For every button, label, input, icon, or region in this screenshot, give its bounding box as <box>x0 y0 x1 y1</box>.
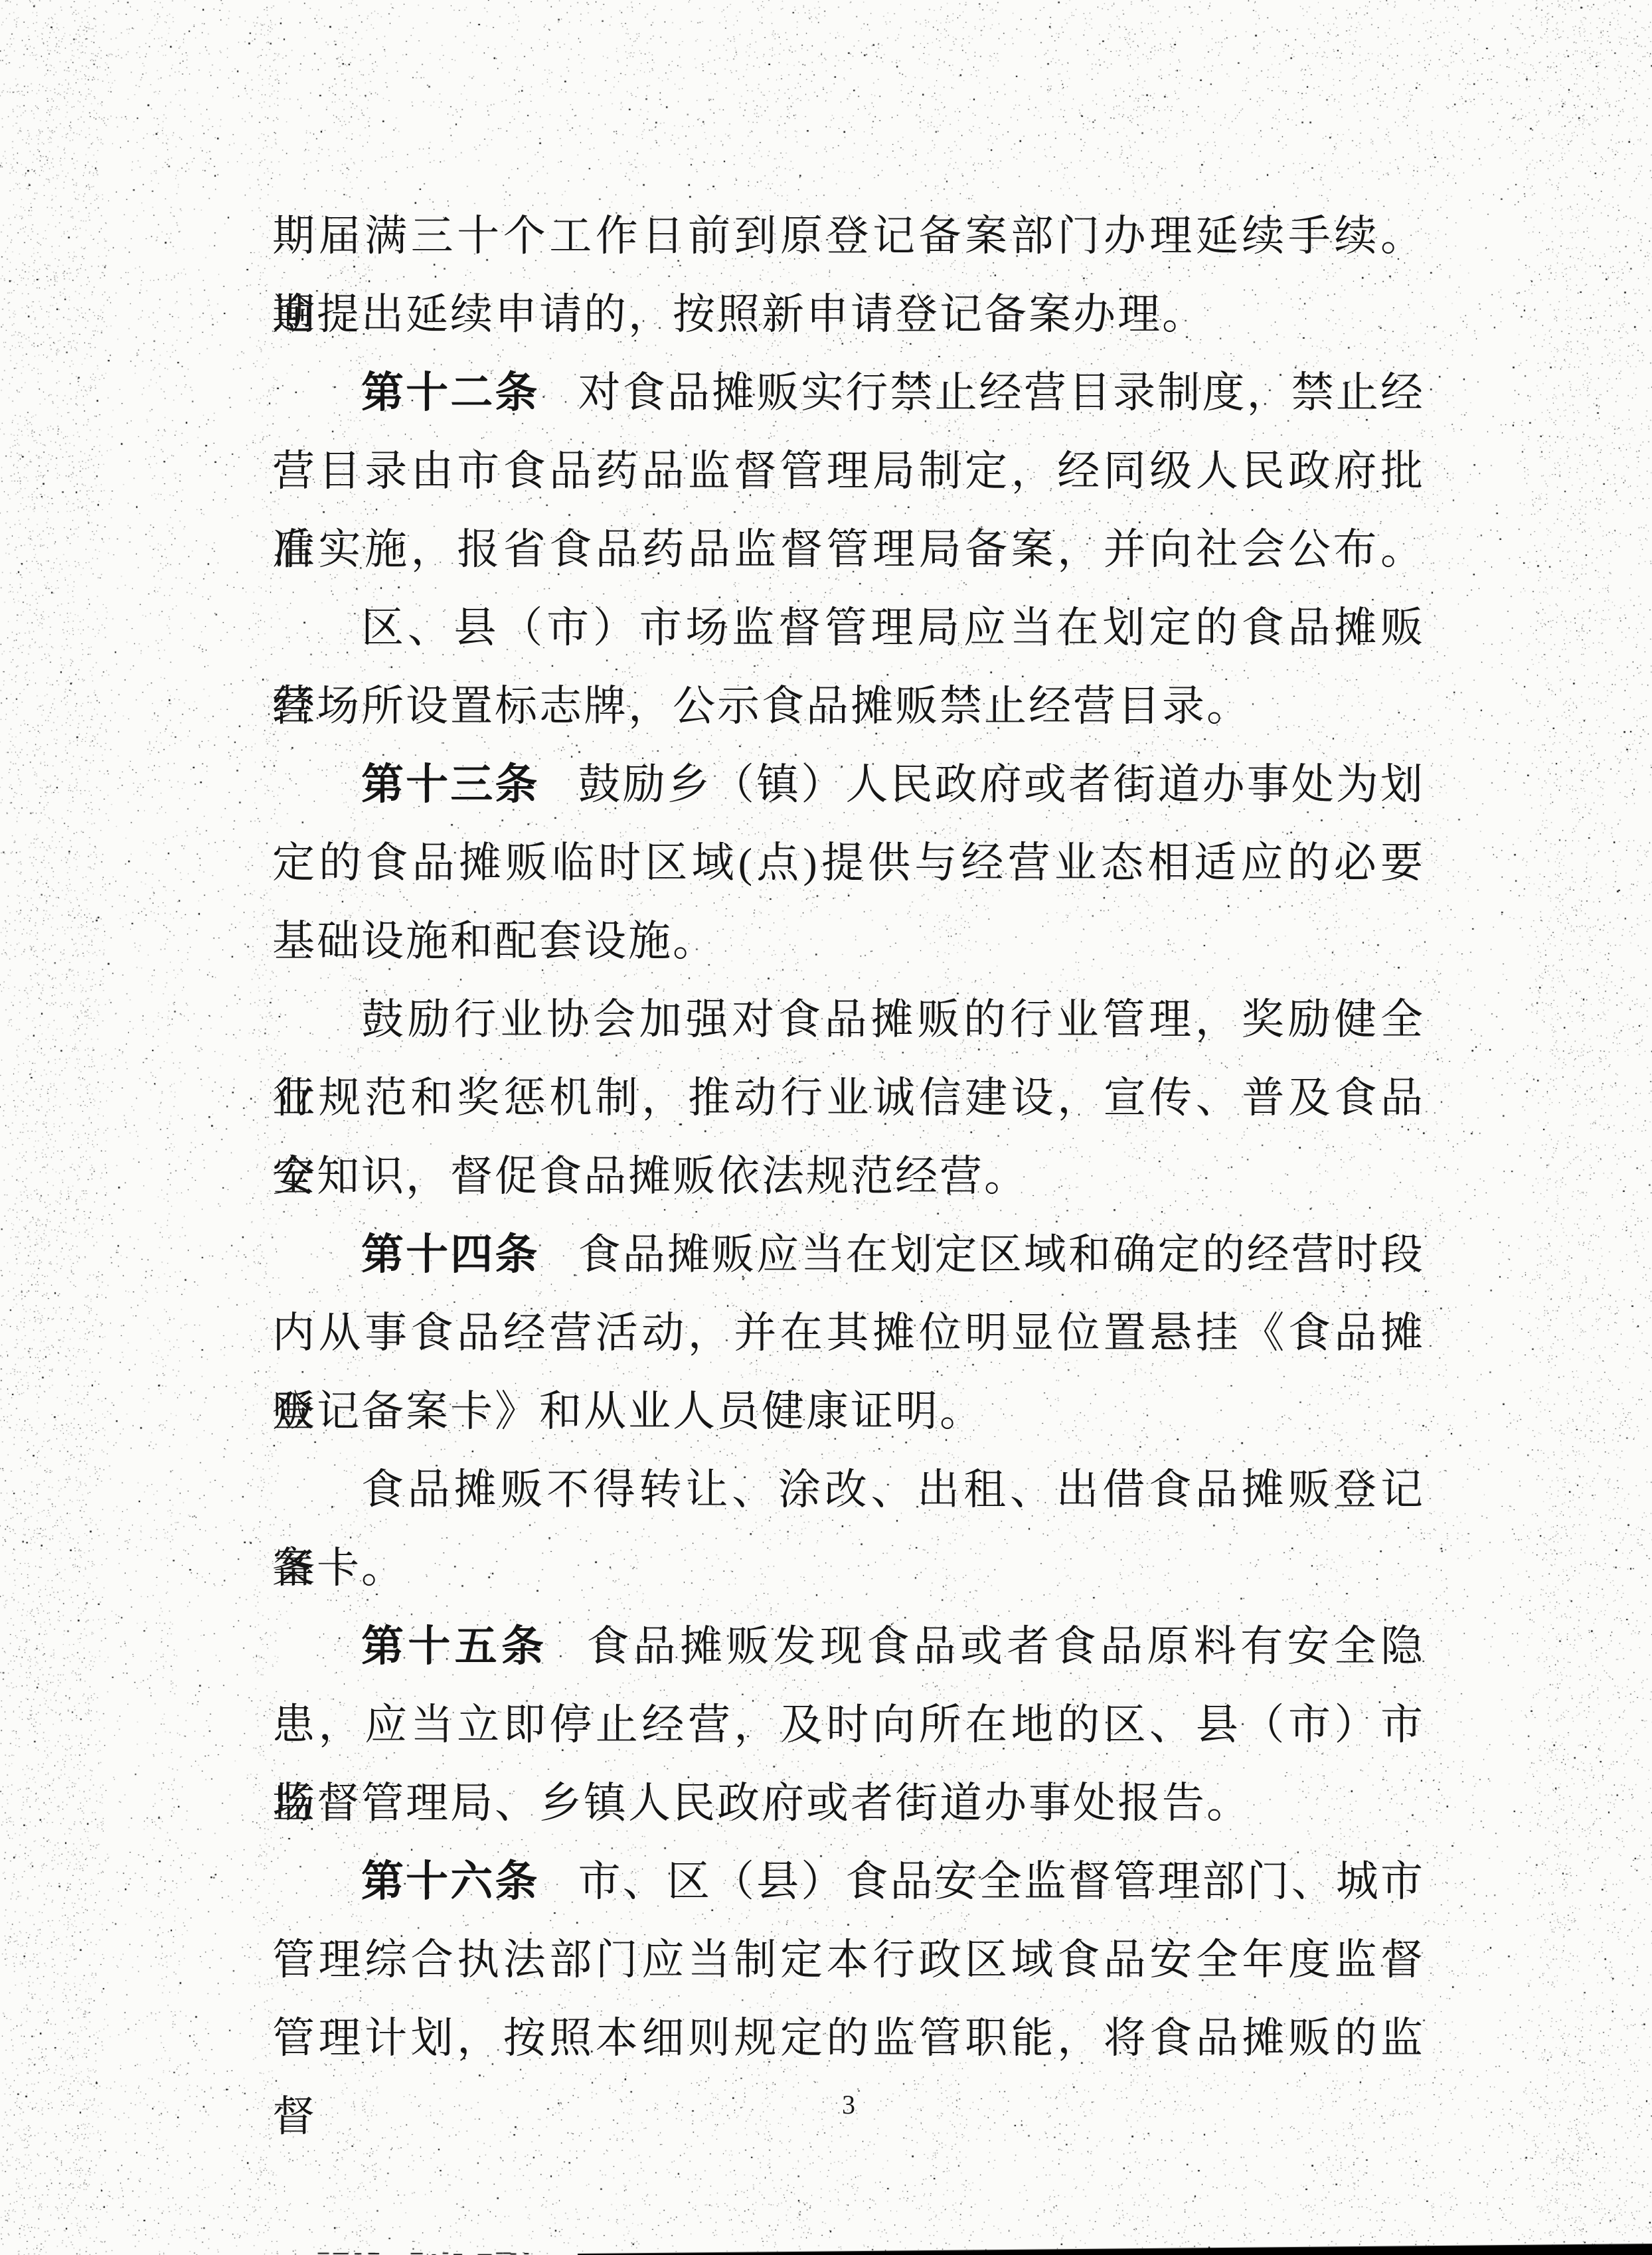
text-line: 基础设施和配套设施。 <box>272 902 1425 981</box>
text-line: 管理计划，按照本细则规定的监管职能，将食品摊贩的监督 <box>272 1999 1425 2078</box>
text-line: 定的食品摊贩临时区域(点)提供与经营业态相适应的必要 <box>272 824 1425 902</box>
line-text: 营场所设置标志牌，公示食品摊贩禁止经营目录。 <box>272 683 1251 730</box>
article-number: 第十五条 <box>361 1623 548 1670</box>
text-line: 业规范和奖惩机制，推动行业诚信建设，宣传、普及食品安 <box>272 1059 1425 1137</box>
text-line: 后实施，报省食品药品监督管理局备案，并向社会公布。 <box>272 511 1425 589</box>
text-line: 案卡。 <box>272 1529 1425 1608</box>
line-text: 管理综合执法部门应当制定本行政区域食品安全年度监督 <box>272 1936 1425 1983</box>
text-line: 鼓励行业协会加强对食品摊贩的行业管理，奖励健全行 <box>272 981 1425 1059</box>
text-line: 患，应当立即停止经营，及时向所在地的区、县（市）市场 <box>272 1686 1425 1764</box>
text-line: 第十三条鼓励乡（镇）人民政府或者街道办事处为划 <box>272 746 1425 824</box>
text-line: 营场所设置标志牌，公示食品摊贩禁止经营目录。 <box>272 667 1425 746</box>
line-text: 期提出延续申请的，按照新申请登记备案办理。 <box>272 291 1206 338</box>
line-text: 登记备案卡》和从业人员健康证明。 <box>272 1388 984 1435</box>
text-line: 第十四条食品摊贩应当在划定区域和确定的经营时段 <box>272 1216 1425 1294</box>
document-body: 期届满三十个工作日前到原登记备案部门办理延续手续。逾期提出延续申请的，按照新申请… <box>272 197 1425 2078</box>
text-line: 期提出延续申请的，按照新申请登记备案办理。 <box>272 276 1425 354</box>
line-text: 监督管理局、乡镇人民政府或者街道办事处报告。 <box>272 1780 1251 1827</box>
article-number: 第十二条 <box>361 369 540 416</box>
article-number: 第十三条 <box>361 761 540 808</box>
text-line: 管理综合执法部门应当制定本行政区域食品安全年度监督 <box>272 1921 1425 1999</box>
line-text: 食品摊贩应当在划定区域和确定的经营时段 <box>578 1231 1425 1278</box>
text-line: 期届满三十个工作日前到原登记备案部门办理延续手续。逾 <box>272 197 1425 276</box>
line-text: 食品摊贩发现食品或者食品原料有安全隐 <box>586 1623 1425 1670</box>
line-text: 案卡。 <box>272 1545 406 1592</box>
line-text: 市、区（县）食品安全监督管理部门、城市 <box>578 1858 1425 1905</box>
text-line: 营目录由市食品药品监督管理局制定，经同级人民政府批准 <box>272 432 1425 511</box>
line-text: 后实施，报省食品药品监督管理局备案，并向社会公布。 <box>272 526 1425 573</box>
text-line: 全知识，督促食品摊贩依法规范经营。 <box>272 1137 1425 1216</box>
article-number: 第十四条 <box>361 1231 540 1278</box>
text-line: 第十五条食品摊贩发现食品或者食品原料有安全隐 <box>272 1608 1425 1686</box>
line-text: 对食品摊贩实行禁止经营目录制度，禁止经 <box>578 369 1425 416</box>
line-text: 全知识，督促食品摊贩依法规范经营。 <box>272 1153 1029 1200</box>
page-number: 3 <box>272 2089 1425 2120</box>
line-text: 鼓励乡（镇）人民政府或者街道办事处为划 <box>578 761 1425 808</box>
text-line: 内从事食品经营活动，并在其摊位明显位置悬挂《食品摊贩 <box>272 1294 1425 1373</box>
text-line: 第十六条市、区（县）食品安全监督管理部门、城市 <box>272 1843 1425 1921</box>
text-line: 区、县（市）市场监督管理局应当在划定的食品摊贩经 <box>272 589 1425 667</box>
text-line: 登记备案卡》和从业人员健康证明。 <box>272 1373 1425 1451</box>
line-text: 定的食品摊贩临时区域(点)提供与经营业态相适应的必要 <box>272 839 1425 886</box>
text-line: 监督管理局、乡镇人民政府或者街道办事处报告。 <box>272 1764 1425 1843</box>
text-line: 食品摊贩不得转让、涂改、出租、出借食品摊贩登记备 <box>272 1451 1425 1529</box>
article-number: 第十六条 <box>361 1858 540 1905</box>
line-text: 基础设施和配套设施。 <box>272 918 717 965</box>
text-line: 第十二条对食品摊贩实行禁止经营目录制度，禁止经 <box>272 354 1425 432</box>
